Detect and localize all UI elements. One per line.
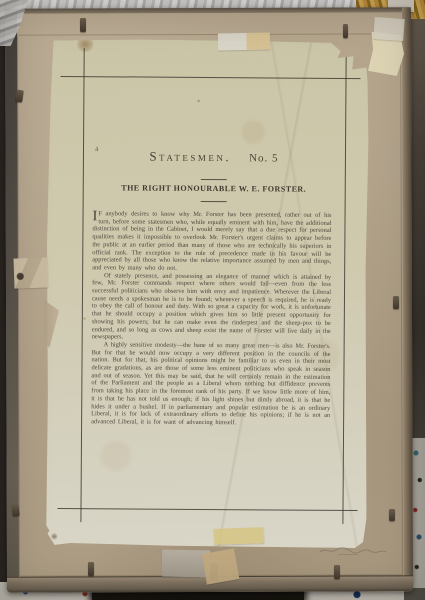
masking-tape-over-tack — [13, 257, 48, 288]
page-border-rule-top — [61, 76, 361, 79]
frame-edge-top — [5, 7, 411, 13]
yellowed-tape — [214, 527, 265, 545]
stain — [77, 39, 94, 52]
masking-tape — [218, 33, 270, 51]
masking-tape — [373, 17, 404, 41]
masking-tape — [202, 548, 240, 584]
article-paragraph: Of stately presence, and possessing an e… — [92, 272, 331, 343]
article-paragraph: A highly sensitive modesty—the bane of s… — [91, 341, 331, 427]
page-border-rule-bottom — [57, 508, 357, 511]
masthead-title: Statesmen. — [149, 149, 231, 165]
page-border-rule-right — [342, 50, 346, 524]
thumbtack — [393, 296, 399, 309]
divider-rule — [201, 201, 227, 202]
article-heading: THE RIGHT HONOURABLE W. E. FORSTER. — [83, 183, 345, 194]
masthead: Statesmen.No. 5 — [83, 147, 345, 167]
thumbtack — [334, 565, 340, 579]
thumbtack — [343, 24, 348, 38]
divider-rule — [201, 179, 227, 180]
thumbtack — [389, 509, 395, 521]
thumbtack — [11, 504, 19, 517]
thumbtack — [80, 18, 86, 32]
article-body: IF anybody desires to know why Mr. Forst… — [91, 210, 332, 448]
page-border-rule-left — [80, 48, 84, 522]
pencil-inscription — [318, 543, 388, 559]
issue-number: No. 5 — [249, 152, 279, 164]
photo-of-framed-page: 4 Statesmen.No. 5 THE RIGHT HONOURABLE W… — [0, 0, 425, 600]
document-page: 4 Statesmen.No. 5 THE RIGHT HONOURABLE W… — [44, 39, 370, 549]
stain — [50, 533, 58, 540]
thumbtack — [88, 562, 94, 576]
article-paragraph: IF anybody desires to know why Mr. Forst… — [92, 210, 331, 273]
